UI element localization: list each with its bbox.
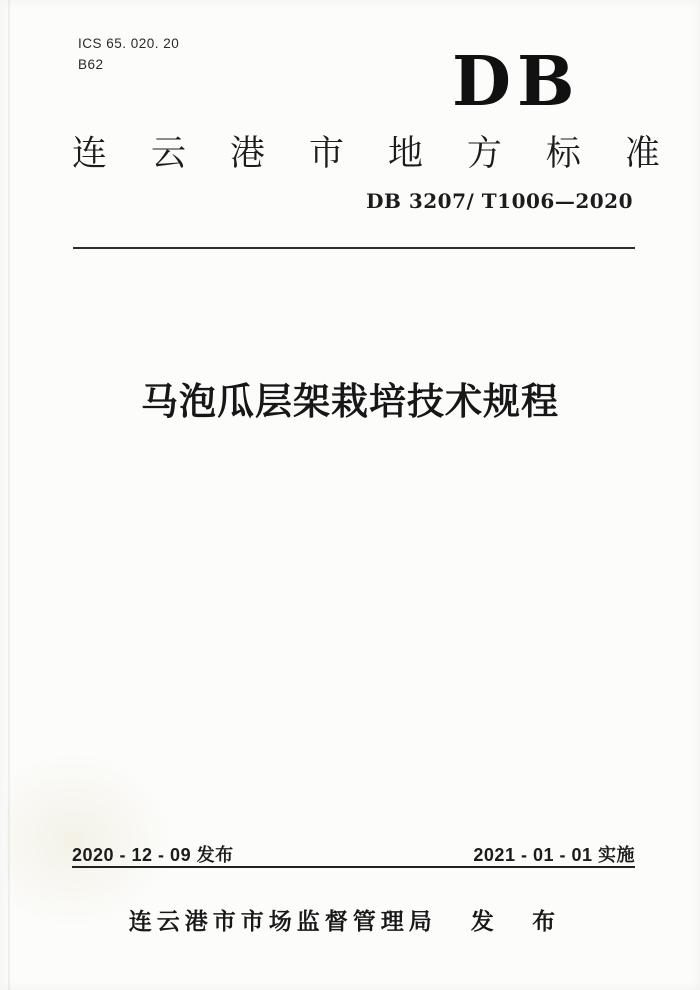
standard-type-char: 方 — [467, 126, 502, 176]
standard-type-char: 地 — [388, 126, 423, 176]
issue-date: 2020 - 12 - 09 发布 — [72, 841, 234, 867]
publisher-row: 连云港市市场监督管理局发 布 — [0, 903, 700, 936]
publisher-name: 连云港市市场监督管理局 — [129, 908, 437, 934]
standard-cover-page: ICS 65. 020. 20 B62 DB 连 云 港 市 地 方 标 准 D… — [0, 0, 700, 990]
standard-type-char: 连 — [72, 126, 107, 176]
ics-code: ICS 65. 020. 20 — [78, 33, 179, 54]
db-standard-logo: DB — [452, 48, 580, 116]
scan-seam-artifact — [8, 0, 10, 990]
china-class-code: B62 — [78, 54, 179, 75]
standard-type-title: 连 云 港 市 地 方 标 准 — [72, 126, 660, 176]
header-divider-line — [73, 247, 635, 249]
footer-dates: 2020 - 12 - 09 发布 2021 - 01 - 01 实施 — [72, 841, 635, 867]
standard-type-char: 市 — [309, 126, 344, 176]
standard-type-char: 标 — [546, 126, 581, 176]
implement-date: 2021 - 01 - 01 实施 — [473, 841, 635, 867]
footer-divider-line — [72, 866, 635, 868]
standard-type-char: 港 — [230, 126, 265, 176]
standard-type-char: 准 — [625, 126, 660, 176]
standard-type-char: 云 — [151, 126, 186, 176]
document-title: 马泡瓜层架栽培技术规程 — [0, 371, 700, 425]
standard-number: DB 3207/ T1006—2020 — [366, 189, 633, 213]
classification-codes: ICS 65. 020. 20 B62 — [78, 33, 179, 75]
publish-label: 发 布 — [471, 908, 571, 934]
